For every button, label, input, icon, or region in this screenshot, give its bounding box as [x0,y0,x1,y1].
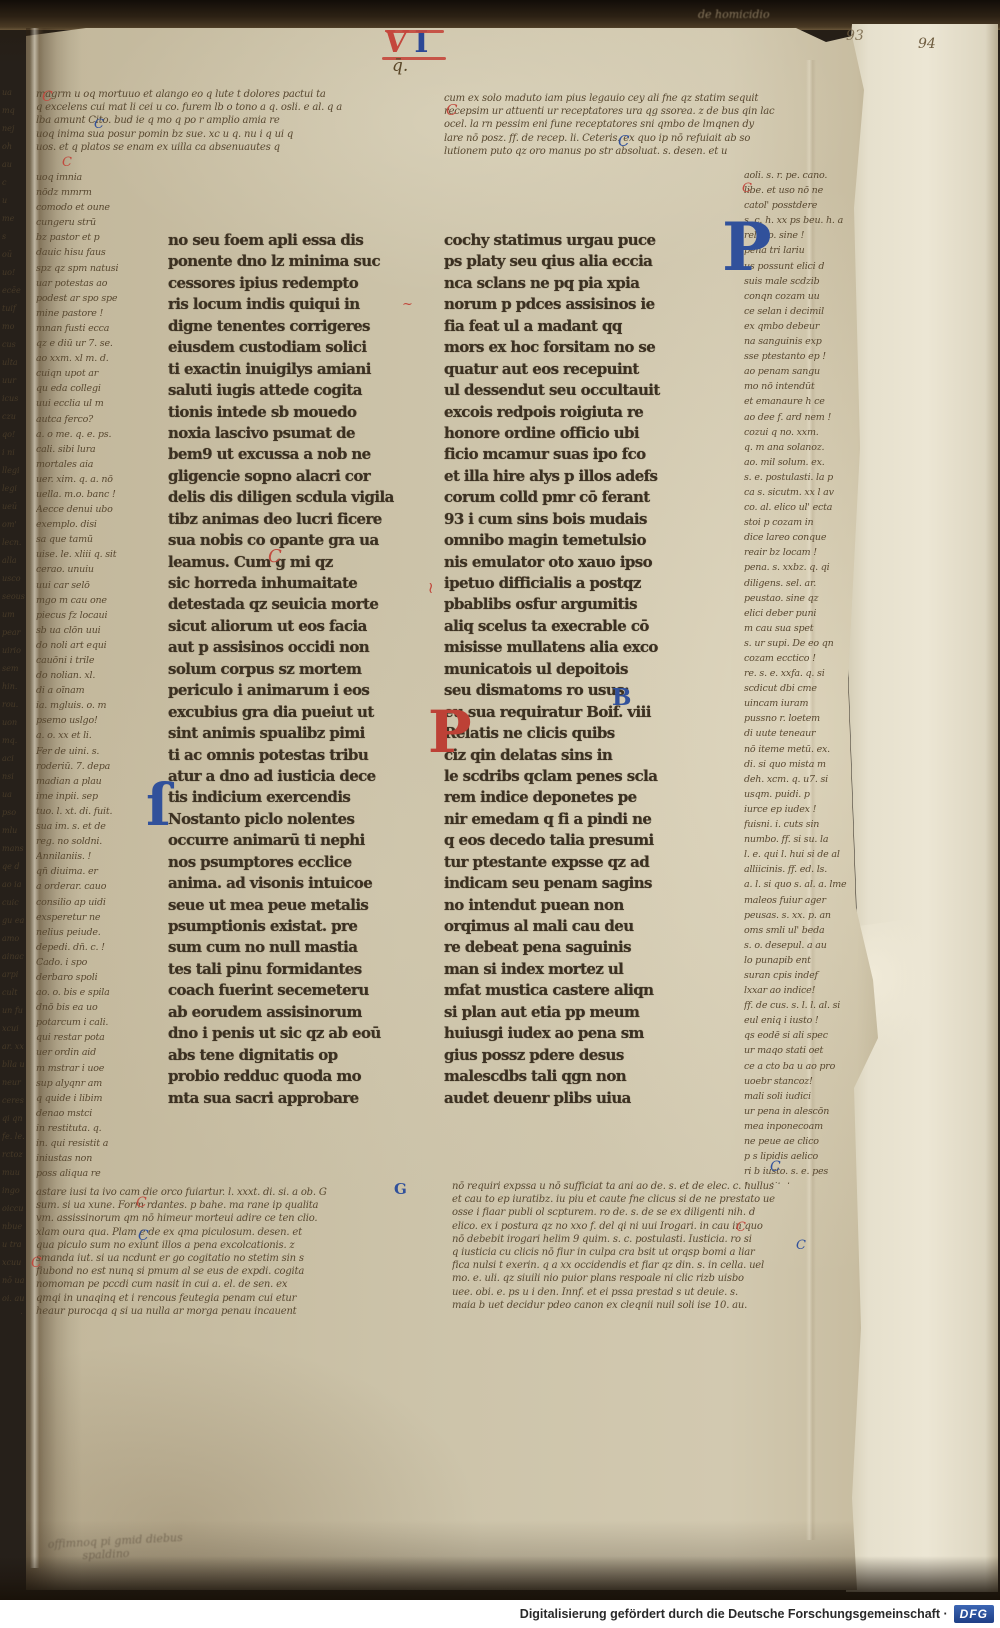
manuscript-text-line: comodo et oune [36,200,164,215]
manuscript-text-line: uar potestas ao [36,276,164,291]
manuscript-text-line: cessores ipius redempto [168,273,440,294]
manuscript-text-line: seue ut mea peue metalis [168,895,440,916]
manuscript-text-line: pear [2,624,29,642]
manuscript-text-line: ainac [2,948,29,966]
manuscript-text-line: Fer de uini. s. [36,744,164,759]
manuscript-text-line: ponente dno lz minima suc [168,251,440,272]
manuscript-text-line: exsperetur ne [36,910,164,925]
manuscript-text-line: uos. et q platos se enam ex uilla ca abs… [36,141,440,154]
manuscript-text-line: oū [2,246,29,264]
manuscript-text-line: a. l. si quo s. al. a. lme [744,877,874,892]
manuscript-text-line: depedi. dn̄. c. ! [36,940,164,955]
manuscript-text-line: anima. ad visonis intuicoe [168,873,440,894]
manuscript-text-line: corum colld pmr cō ferant [444,487,702,508]
manuscript-text-line: mea inponecoam [744,1119,874,1134]
manuscript-text-line: nir emedam q fi a pindi ne [444,809,702,830]
manuscript-text-line: nsi [2,768,29,786]
manuscript-text-line: arpi [2,966,29,984]
manuscript-text-line: omnibo magin temetulsio [444,530,702,551]
initial-p-blue-margin: P [722,214,772,280]
manuscript-text-line: ocel. la rn pessim eni fune receptatores… [444,118,868,131]
manuscript-text-line: vm. assissinorum qm nō himeur morteui ad… [36,1212,446,1225]
manuscript-text-line: eul eniq i iusto ! [744,1013,874,1028]
red-correction-mark-2: ~ [402,298,413,311]
manuscript-text-line: mta sua sacri approbare [168,1088,440,1109]
manuscript-text-line: cungeru strū [36,215,164,230]
manuscript-text-line: a orderar. cauo [36,879,164,894]
manuscript-text-line: bz pastor et p [36,230,164,245]
rubric-stroke-top [386,30,444,33]
manuscript-text-line: ao xxm. xl m. d. [36,351,164,366]
manuscript-text-line: uur [2,372,29,390]
manuscript-text-line: in. qui resistit a [36,1136,164,1151]
binding-edge-bottom [0,1556,1000,1600]
paraph-red-bottom-1: C [136,1196,147,1210]
manuscript-text-line: poss aliqua re [36,1166,164,1181]
manuscript-text-line: icus [2,390,29,408]
manuscript-text-line: fe. le. [2,1128,29,1146]
paraph-blue-topgloss: C [618,134,629,149]
manuscript-text-line: ao penam sangu [744,364,874,379]
manuscript-text-line: uoebr stancoz! [744,1074,874,1089]
manuscript-text-line: exemplo. disi [36,517,164,532]
manuscript-text-line: cult [2,984,29,1002]
manuscript-text-line: ex qmbo debeur [744,319,874,334]
manuscript-text-line: dnō bis ea uo [36,1000,164,1015]
manuscript-text-line: qs eodē si ali spec [744,1028,874,1043]
manuscript-text-line: aci [2,750,29,768]
manuscript-text-line: czu [2,408,29,426]
manuscript-text-line: cali. sibi lura [36,442,164,457]
paraph-red-leftgloss-2: C [62,156,72,169]
manuscript-text-line: norum p pdces assisinos ie [444,294,702,315]
manuscript-text-line: 93 i cum sins bois mudais [444,509,702,530]
paraph-red-br-1: C [736,1221,746,1234]
manuscript-text-line: et emanaure h ce [744,394,874,409]
manuscript-text-line: gu ea [2,912,29,930]
manuscript-text-line: mq [2,102,29,120]
manuscript-text-line: orqimus al mali cau deu [444,916,702,937]
manuscript-text-line: sse ptestanto ep ! [744,349,874,364]
footer-credit-text: Digitalisierung gefördert durch die Deut… [520,1607,948,1621]
manuscript-text-line: gius possz pdere desus [444,1045,702,1066]
manuscript-text-line: do nolian. xl. [36,668,164,683]
manuscript-text-line: q iusticia cu clicis nō fiur in culpa cr… [452,1246,880,1259]
manuscript-text-line: no intendut puean non [444,895,702,916]
manuscript-text-line: tibz animas deo lucri ficere [168,509,440,530]
paraph-blue-br-1: C [770,1160,781,1174]
manuscript-text-line: iniustas non [36,1151,164,1166]
manuscript-text-line: maleos fuiur ager [744,893,874,908]
manuscript-text-line: tur ptestante expsse qz ad [444,852,702,873]
manuscript-text-line: sb ua clōn uui [36,623,164,638]
manuscript-text-line: re. s. e. xxfa. q. si [744,666,874,681]
manuscript-text-line: Aecce denui ubo [36,502,164,517]
manuscript-text-line: fica nulsi t exerin. q a xx occidendis e… [452,1259,880,1272]
manuscript-text-line: tionis intede sb mouedo [168,402,440,423]
manuscript-text-line: pbablibs osfur argumitis [444,594,702,615]
manuscript-text-line: uo! [2,264,29,282]
manuscript-text-line: iurce ep iudex ! [744,802,874,817]
manuscript-text-line: mo nō intendūt [744,379,874,394]
manuscript-text-line: diligens. sel. ar. [744,576,874,591]
manuscript-text-line: lecn. [2,534,29,552]
red-correction-mark: ~ [423,581,439,594]
manuscript-text-line: sum cum no null mastia [168,937,440,958]
manuscript-text-line: oh [2,138,29,156]
manuscript-text-line: si plan aut etia pp meum [444,1002,702,1023]
manuscript-text-line: cochy statimus urgau puce [444,230,702,251]
manuscript-text-line: usqm. puidi. p [744,787,874,802]
manuscript-text-line: un fu [2,1002,29,1020]
paraph-blue-bottom-g: G [394,1182,407,1197]
manuscript-text-line: ab eorudem assisinorum [168,1002,440,1023]
manuscript-text-line: dice lareo conque [744,530,874,545]
manuscript-text-line: abs tene dignitatis op [168,1045,440,1066]
manuscript-text-line: usco [2,570,29,588]
manuscript-text-line: a. o me. q. e. ps. [36,427,164,442]
manuscript-text-line: uui ecclia ul m [36,396,164,411]
manuscript-text-line: nō ua [2,1272,29,1290]
manuscript-text-line: s. e. postulasti. la p [744,470,874,485]
manuscript-text-line: fia feat ul a madant qq [444,316,702,337]
manuscript-text-line: cuic [2,894,29,912]
initial-p-red: P [428,703,472,761]
manuscript-text-line: l. e. qui l. hui si de al [744,847,874,862]
manuscript-text-line: uella. m.o. banc ! [36,487,164,502]
manuscript-text-line: stoi p cozam in [744,515,874,530]
manuscript-text-line: lare nō posz. ff. de recep. li. Ceteris.… [444,132,868,145]
manuscript-text-line: mans [2,840,29,858]
left-edge-text-fragments: uamqnejohaucumesoūuo!ecēetuifmocusultauu… [2,84,29,1314]
manuscript-text-line: um [2,606,29,624]
bottom-gloss-left: astare iusi ta ivo cam die orco fuiartur… [36,1186,446,1318]
manuscript-text-line: pena. s. xxbz. q. qi [744,560,874,575]
manuscript-text-line: huiusgi iudex ao pena sm [444,1023,702,1044]
manuscript-text-line: oiccu [2,1200,29,1218]
manuscript-text-line: spz qz spm natusi [36,261,164,276]
manuscript-text-line: ti ac omnis potestas tribu [168,745,440,766]
manuscript-text-line: ti exactin inuigilys amiani [168,359,440,380]
manuscript-text-line: deh. xcm. q. u7. si [744,772,874,787]
manuscript-text-line: a. o. xx et li. [36,728,164,743]
manuscript-text-line: libe. et uso nō ne [744,183,874,198]
manuscript-text-line: di uute teneaur [744,726,874,741]
manuscript-text-line: ris locum indis quiqui in [168,294,440,315]
right-margin-gloss: aoli. s. r. pe. cano.libe. et uso nō nec… [744,168,874,1184]
manuscript-text-line: cozui q no. xxm. [744,425,874,440]
manuscript-text-line: nō iteme metū. ex. [744,742,874,757]
manuscript-text-line: di. si quo mista m [744,757,874,772]
manuscript-text-line: peustao. sine qz [744,591,874,606]
manuscript-text-line: uon [2,714,29,732]
manuscript-text-line: maia b uet decidur pdeo canon ex cleqnii… [452,1299,880,1312]
bottom-gloss-right: nō requiri expssa u nō sufficiat ta ani … [452,1180,880,1318]
manuscript-text-line: sicut aliorum ut eos facia [168,616,440,637]
initial-b-blue: B [612,686,631,709]
manuscript-text-line: fuisni. i. cuts sin [744,817,874,832]
manuscript-text-line: alla [2,552,29,570]
manuscript-text-line: municatois ul depoitois [444,659,702,680]
paraph-red-topgloss: C [446,103,457,118]
manuscript-text-line: om' [2,516,29,534]
manuscript-text-line: roderiū. 7. depa [36,759,164,774]
manuscript-text-line: rctoz [2,1146,29,1164]
manuscript-text-line: suran cpis indef [744,968,874,983]
manuscript-text-line: in restituta. q. [36,1121,164,1136]
manuscript-text-line: leamus. Cum g mi qz [168,552,440,573]
manuscript-text-line: mine pastore ! [36,306,164,321]
manuscript-text-line: ime inpii. sep [36,789,164,804]
manuscript-text-line: elici deber puni [744,606,874,621]
manuscript-text-line: uincam iuram [744,696,874,711]
manuscript-text-line: ce selan i decimil [744,304,874,319]
manuscript-text-line: qz e diū ur 7. se. [36,336,164,351]
manuscript-text-line: ps platy seu qius alia eccia [444,251,702,272]
manuscript-text-line: mq. [2,732,29,750]
manuscript-text-line: uoq imnia [36,170,164,185]
manuscript-text-line: bem9 ut excussa a nob ne [168,444,440,465]
manuscript-text-line: nelius peiude. [36,925,164,940]
manuscript-text-line: nō debebit irogari helim 9 quim. s. c. p… [452,1233,880,1246]
manuscript-text-line: ficio mcamur suas ipo fco [444,444,702,465]
manuscript-text-line: qu eda collegi [36,381,164,396]
manuscript-text-line: Nostanto piclo nolentes [168,809,440,830]
manuscript-text-line: Annilaniis. ! [36,849,164,864]
manuscript-text-line: q quide i libim [36,1091,164,1106]
manuscript-text-line: malescdbs tali qgn non [444,1066,702,1087]
manuscript-text-line: audet deuenr plibs uiua [444,1088,702,1109]
paraph-blue-bottom-1: C [138,1229,149,1243]
manuscript-text-line: digne tenentes corrigeres [168,316,440,337]
manuscript-text-line: ua [2,786,29,804]
manuscript-text-line: nej [2,120,29,138]
manuscript-text-line: honore ordine officio ubi [444,423,702,444]
manuscript-text-line: atur a dno ad iusticia dece [168,766,440,787]
manuscript-text-line: saluti iugis attede cogita [168,380,440,401]
manuscript-text-line: u tra [2,1236,29,1254]
manuscript-text-line: et cau to ep iuratibz. iu piu et caute f… [452,1193,880,1206]
manuscript-text-line: fiubond no est nunq si pmum al se eus de… [36,1265,446,1278]
manuscript-text-line: cerao. unuiu [36,562,164,577]
manuscript-text-line: uer. xim. q. a. nō [36,472,164,487]
manuscript-text-line: seous [2,588,29,606]
header-inscription: de homicidio [698,8,828,24]
manuscript-text-line: psemo uslgo! [36,713,164,728]
manuscript-text-line: ua [2,84,29,102]
main-text-column-1: no seu foem apli essa disponente dno lz … [168,230,440,1110]
manuscript-text-line: p s lipidis aelico [744,1149,874,1164]
manuscript-text-line: qui restar pota [36,1030,164,1045]
manuscript-text-line: noxia lascivo psumat de [168,423,440,444]
manuscript-text-line: tuo. l. xt. di. fuit. [36,804,164,819]
paraph-red-col1: C [268,548,282,566]
manuscript-text-line: uise. le. xliii q. sit [36,547,164,562]
manuscript-text-line: sup alyqnr am [36,1076,164,1091]
main-text-column-2: cochy statimus urgau puceps platy seu qi… [444,230,702,1112]
manuscript-text-line: tes tali pinu formidantes [168,959,440,980]
manuscript-text-line: nca sclans ne pq pia xpia [444,273,702,294]
manuscript-text-line: uui car selō [36,578,164,593]
manuscript-text-line: dauic hisu faus [36,245,164,260]
manuscript-text-line: peusas. s. xx. p. an [744,908,874,923]
manuscript-text-line: di a oīnam [36,683,164,698]
manuscript-text-line: piecus fz locaui [36,608,164,623]
manuscript-text-line: ceres [2,1092,29,1110]
digitization-footer: Digitalisierung gefördert durch die Deut… [0,1600,1000,1628]
manuscript-text-line: no seu foem apli essa dis [168,230,440,251]
manuscript-text-line: lxxar ao indice! [744,983,874,998]
manuscript-text-line: conqn cozam uu [744,289,874,304]
manuscript-text-line: ce a cto ba u ao pro [744,1059,874,1074]
manuscript-text-line: ipetuo difficialis a postqz [444,573,702,594]
manuscript-text-line: au [2,156,29,174]
top-gloss-right: cum ex solo maduto iam pius legauio cey … [444,92,868,164]
manuscript-text-line: ecēe [2,282,29,300]
manuscript-text-line: denao mstci [36,1106,164,1121]
manuscript-text-line: sua im. s. et de [36,819,164,834]
manuscript-text-line: cozam ecctico ! [744,651,874,666]
manuscript-text-line: llegi [2,462,29,480]
manuscript-text-line: nis emulator oto xauo ipso [444,552,702,573]
manuscript-text-line: neur [2,1074,29,1092]
manuscript-text-line: qmqi in unaqinq et i rencous feutegia pe… [36,1292,446,1305]
manuscript-text-line: tuif [2,300,29,318]
manuscript-text-line: tis indicium exercendis [168,787,440,808]
manuscript-text-line: s. ur supi. De eo qn [744,636,874,651]
manuscript-text-line: autca ferco? [36,412,164,427]
manuscript-text-line: re debeat pena saguinis [444,937,702,958]
manuscript-text-line: na sanguinis exp [744,334,874,349]
manuscript-text-line: gligencie sopno alacri cor [168,466,440,487]
manuscript-text-line: indicam seu penam sagins [444,873,702,894]
manuscript-text-line: mortales aia [36,457,164,472]
manuscript-text-line: nomoman pe pccdi cum nasit in cui a. el.… [36,1278,446,1291]
manuscript-text-line: ulta [2,354,29,372]
manuscript-text-line: ao. o. bis e spila [36,985,164,1000]
manuscript-text-line: qe d [2,858,29,876]
manuscript-text-line: u [2,192,29,210]
manuscript-text-line: delis dis diligen scdula vigila [168,487,440,508]
manuscript-text-line: mgo m cau one [36,593,164,608]
manuscript-text-line: ar. xx [2,1038,29,1056]
manuscript-text-line: oi. au [2,1290,29,1308]
manuscript-text-line: smanda iut. si ua ncdunt er go cogitatio… [36,1252,446,1265]
initial-swash-blue: ſ [146,776,171,834]
manuscript-text-line: coach fuerint secemeteru [168,980,440,1001]
manuscript-text-line: me [2,210,29,228]
manuscript-text-line: aliq scelus ta execrable cō [444,616,702,637]
manuscript-text-line: scdicut dbi cme [744,681,874,696]
manuscript-text-line: pr. ai [2,1308,29,1314]
manuscript-text-line: excubius gra dia pueiut ut [168,702,440,723]
manuscript-text-line: mors ex hoc forsitam no se [444,337,702,358]
manuscript-text-line: co. al. elico ul' ecta [744,500,874,515]
manuscript-text-line: ingo [2,1182,29,1200]
manuscript-text-line: q. m ana solanoz. [744,440,874,455]
manuscript-text-line: ff. de cus. s. l. l. al. si [744,998,874,1013]
manuscript-text-line: ur pena in alescōn [744,1104,874,1119]
manuscript-text-line: oms smli ul' beda [744,923,874,938]
manuscript-text-line: aoli. s. r. pe. cano. [744,168,874,183]
manuscript-text-line: consilio ap uidi [36,895,164,910]
manuscript-text-line: lo punapib ent [744,953,874,968]
folio-number-left: 93 [846,28,864,44]
manuscript-text-line: legi [2,480,29,498]
manuscript-text-line: ca s. sicutm. xx l av [744,485,874,500]
manuscript-text-line: i ni [2,444,29,462]
manuscript-text-line: ueū [2,498,29,516]
manuscript-text-line: le scdribs qclam penes scla [444,766,702,787]
manuscript-text-line: solum corpus sz mortem [168,659,440,680]
manuscript-text-line: xcuu [2,1254,29,1272]
manuscript-text-line: s. o. desepul. a au [744,938,874,953]
manuscript-text-line: nos psumptores ecclice [168,852,440,873]
manuscript-text-line: q excelens cui mat li cei u co. furem lb… [36,101,440,114]
manuscript-text-line: detestada qz seuicia morte [168,594,440,615]
manuscript-text-line: ne peue ae clico [744,1134,874,1149]
manuscript-text-line: nō requiri expssa u nō sufficiat ta ani … [452,1180,880,1193]
manuscript-text-line: ul dessendut seu occultauit [444,380,702,401]
manuscript-text-line: mo. e. uli. qz siuili nio puior plans re… [452,1272,880,1285]
manuscript-text-line: muu [2,1164,29,1182]
manuscript-text-line: lutionem puto qz oro manus po str absolu… [444,145,868,158]
manuscript-text-line: do noli art equi [36,638,164,653]
manuscript-text-line: rem indice deponetes pe [444,787,702,808]
manuscript-text-line: cum ex solo maduto iam pius legauio cey … [444,92,868,105]
manuscript-text-line: dno i penis ut sic qz ab eoū [168,1023,440,1044]
manuscript-text-line: astare iusi ta ivo cam die orco fuiartur… [36,1186,446,1199]
manuscript-text-line: podest ar spo spe [36,291,164,306]
manuscript-text-line: eiusdem custodiam solici [168,337,440,358]
manuscript-text-line: magrm u oq mortuuo et alango eo q lute t… [36,88,440,101]
manuscript-text-line: reair bz locam ! [744,545,874,560]
manuscript-text-line: m mstrar i uoe [36,1061,164,1076]
manuscript-text-line: pussno r. loetem [744,711,874,726]
manuscript-text-line: uirio [2,642,29,660]
manuscript-text-line: amo [2,930,29,948]
manuscript-text-line: uer ordin aid [36,1045,164,1060]
manuscript-text-line: probio redduc quoda mo [168,1066,440,1087]
manuscript-text-line: ao. mil solum. ex. [744,455,874,470]
manuscript-text-line: qi qn [2,1110,29,1128]
manuscript-text-line: sem [2,660,29,678]
manuscript-text-line: derbaro spoli [36,970,164,985]
manuscript-text-line: nōdz mmrm [36,185,164,200]
manuscript-text-line: potarcum i cali. [36,1015,164,1030]
manuscript-text-line: reg. no soldni. [36,834,164,849]
manuscript-text-line: cauōni i trile [36,653,164,668]
paraph-red-leftgloss-1: C [42,90,53,104]
manuscript-text-line: et illa hire alys p illos adefs [444,466,702,487]
manuscript-text-line: Relatis ne clicis quibs [444,723,702,744]
manuscript-text-line: mlu [2,822,29,840]
manuscript-text-line: ur maqo stati oet [744,1043,874,1058]
manuscript-text-line: nbue [2,1218,29,1236]
binding-edge-top [0,0,1000,30]
manuscript-text-line: qua piculo sum no exiunt illos a pena ex… [36,1239,446,1252]
paraph-red-bottom-2: C [31,1256,42,1270]
manuscript-text-line: Cado. i spo [36,955,164,970]
manuscript-text-line: ao dee f. ard nem ! [744,410,874,425]
dfg-logo: DFG [954,1605,994,1623]
manuscript-text-line: psumptionis existat. pre [168,916,440,937]
catchmark: q̄. [392,56,408,76]
manuscript-text-line: xcui [2,1020,29,1038]
manuscript-text-line: c [2,174,29,192]
manuscript-text-line: xlam oura qua. Plam e de ex qma piculosu… [36,1226,446,1239]
manuscript-text-line: mfat mustica castere aliqn [444,980,702,1001]
